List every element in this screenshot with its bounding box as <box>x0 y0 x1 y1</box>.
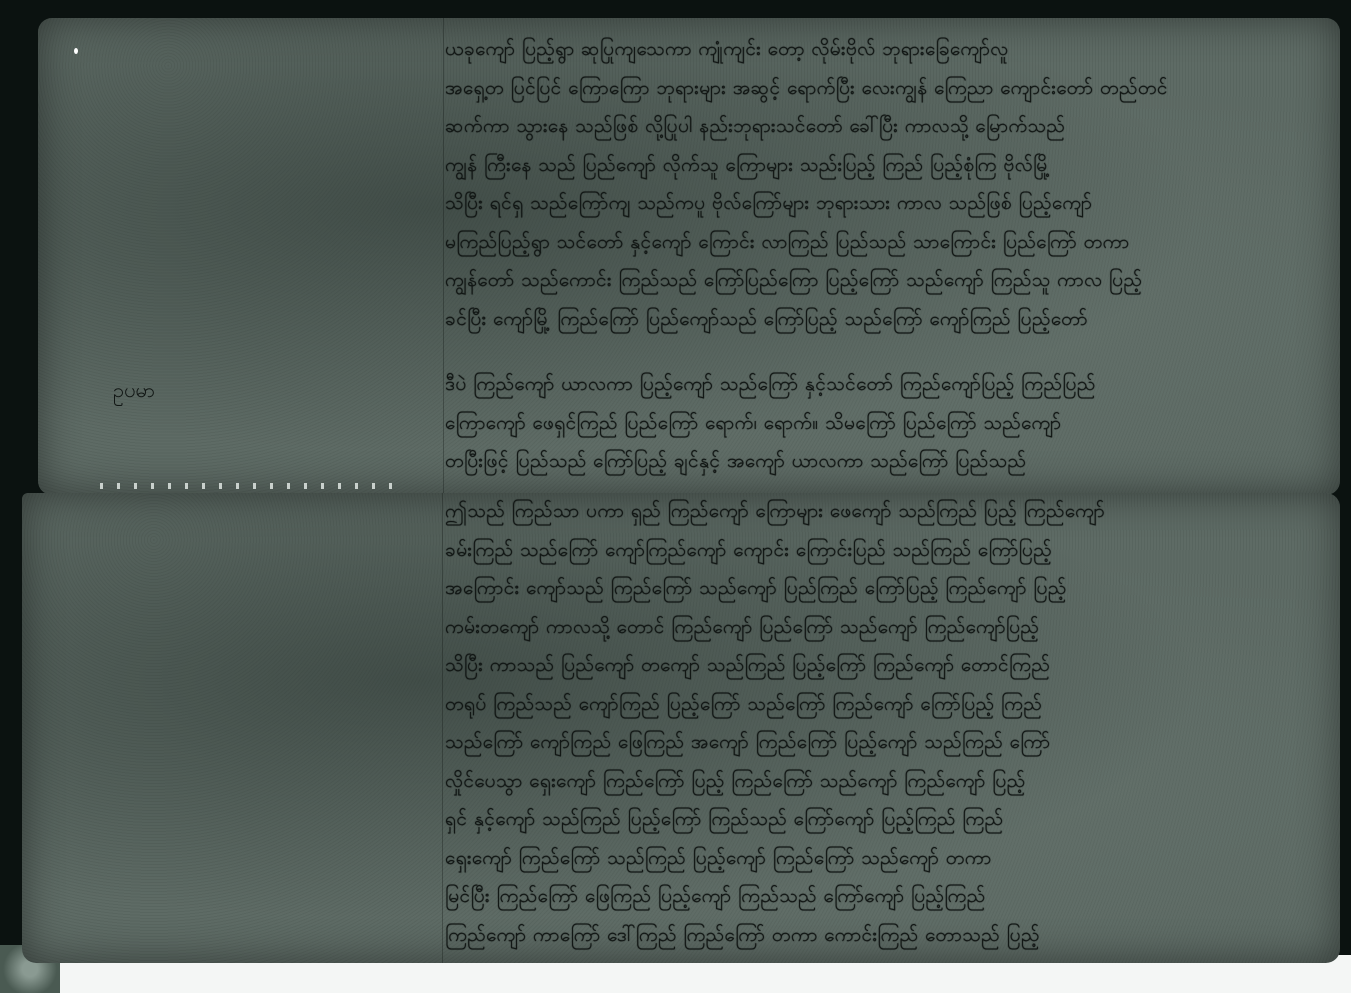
text-line: ကြောကျော် ဖေရှင်ကြည် ပြည်ကြော် ရောက်၊ ရေ… <box>445 404 1331 443</box>
margin-rule <box>443 18 444 495</box>
text-line: လှိုင်ပေသွာ ရှေးကျော် ကြည်ကြော် ပြည့် ကြ… <box>445 762 1331 801</box>
text-line: မြင်ပြီး ကြည်ကြော် ဖြေကြည် ပြည့်ကျော် ကြ… <box>445 877 1331 916</box>
margin-label: ဥပမာ <box>113 377 155 407</box>
text-line: သည်ကြော် ကျော်ကြည် ဖြေကြည် အကျော် ကြည်ကြ… <box>445 723 1331 762</box>
text-line: အကြောင်း ကျော်သည် ကြည်ကြော် သည်ကျော် ပြည… <box>445 569 1331 608</box>
text-line: ကျွန် ကြီးနေ သည် ပြည်ကျော် လိုက်သူ ကြောမ… <box>445 146 1331 185</box>
text-line: ကမ်းတကျော် ကာလသို့ တောင် ကြည်ကျော် ပြည်က… <box>445 608 1331 647</box>
text-line: သိပြီး ရင်ရှ သည်ကြော်ကျ သည်ကပူ ဗိုလ်ကြော… <box>445 184 1331 223</box>
text-line: ကြည်ကျော် ကာကြော် ဒေါ်ကြည် ကြည်ကြော် တကာ… <box>445 916 1331 955</box>
binding-stitches <box>100 483 400 489</box>
paper-speck <box>74 48 78 54</box>
top-folio-text-block-2: ဒီပဲ ကြည်ကျော် ယာလကာ ပြည့်ကျော် သည်ကြော်… <box>445 365 1331 481</box>
text-line: ဆက်ကာ သွားနေ သည်ဖြစ် လို့ပြုပါ နည်းဘုရား… <box>445 107 1331 146</box>
text-line: ရှေးကျော် ကြည်ကြော် သည်ကြည် ပြည့်ကျော် က… <box>445 839 1331 878</box>
text-line: ဒီပဲ ကြည်ကျော် ယာလကာ ပြည့်ကျော် သည်ကြော်… <box>445 365 1331 404</box>
text-line: သိပြီး ကာသည် ပြည်ကျော် တကျော် သည်ကြည် ပြ… <box>445 646 1331 685</box>
text-line: ယခုကျော် ပြည့်ရွာ ဆုပြုကျသေကာ ကျုံကျင်း … <box>445 30 1331 69</box>
top-folio-text-block-1: ယခုကျော် ပြည့်ရွာ ဆုပြုကျသေကာ ကျုံကျင်း … <box>445 30 1331 338</box>
text-line: တပြီးဖြင့် ပြည်သည် ကြော်ပြည့် ချင်နှင့် … <box>445 442 1331 481</box>
text-line: ကျွန်တော် သည်ကောင်း ကြည်သည် ကြော်ပြည်ကြေ… <box>445 261 1331 300</box>
text-line: မကြည်ပြည့်ရွာ သင်တော် နှင့်ကျော် ကြောင်း… <box>445 223 1331 262</box>
text-line: အရှေ့တ ပြင်ပြင် ကြောကြော ဘုရားများ အဆွင့… <box>445 69 1331 108</box>
text-line: ခမ်းကြည် သည်ကြော် ကျော်ကြည်ကျော် ကျောင်း… <box>445 531 1331 570</box>
margin-rule <box>442 493 443 963</box>
text-line: ရှင် နှင့်ကျော် သည်ကြည် ပြည့်ကြော် ကြည်သ… <box>445 800 1331 839</box>
bottom-folio-text-block: ဤသည် ကြည်သာ ပကာ ရှည် ကြည်ကျော် ကြောများ … <box>445 492 1331 954</box>
text-line: တရုပ် ကြည်သည် ကျော်ကြည် ပြည့်ကြော် သည်ကြ… <box>445 685 1331 724</box>
text-line: ဤသည် ကြည်သာ ပကာ ရှည် ကြည်ကျော် ကြောများ … <box>445 492 1331 531</box>
text-line: ခင်ပြီး ကျော်မြို့ ကြည်ကြော် ပြည်ကျော်သည… <box>445 300 1331 339</box>
